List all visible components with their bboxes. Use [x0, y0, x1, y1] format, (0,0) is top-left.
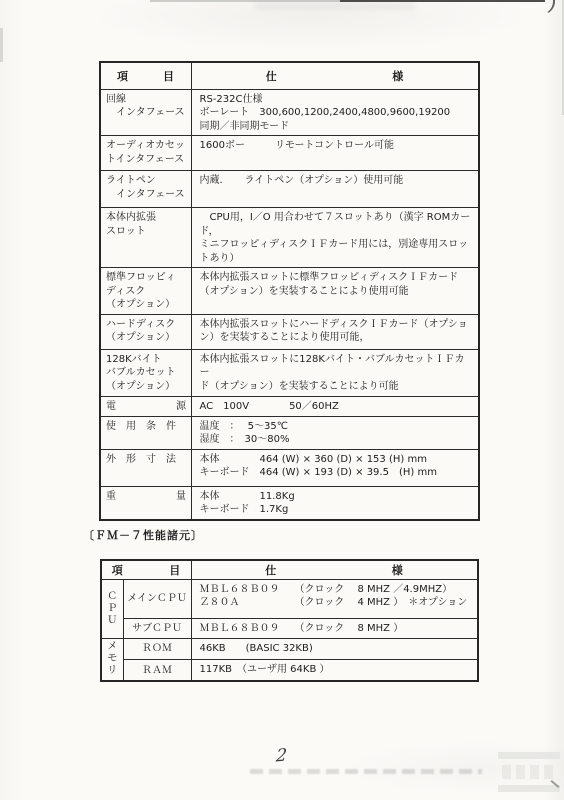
row-rom: メ モ リ ＲＯＭ 46KB (BASIC 32KB) — [101, 638, 478, 659]
spec-cell: 温度 ： 5～35℃ 湿度 ： 30～80% — [191, 416, 479, 449]
row-power: 電 源 AC 100V 50／60HZ — [100, 396, 479, 416]
row-line-interface: 回線 インタフェース RS-232C仕様 ボーレート 300,600,1200,… — [100, 89, 479, 136]
row-main-cpu: Ｃ Ｐ Ｕ メインＣＰＵ ＭＢＬ６８Ｂ０９ （クロック 8 MHZ ／4.9MH… — [101, 579, 478, 618]
column-header-item: 項 目 — [101, 560, 191, 579]
header-row: 項 目 仕 様 — [101, 560, 478, 579]
scan-artifact-faint-footer-text — [250, 769, 482, 774]
row-sub-cpu: サブＣＰＵ ＭＢＬ６８Ｂ０９ （クロック 8 MHZ ） — [101, 618, 478, 638]
scan-artifact-left-edge-mark — [0, 28, 3, 62]
column-header-spec: 仕 様 — [191, 560, 478, 579]
scanned-spec-page: 項 目 仕 様 回線 インタフェース RS-232C仕様 ボーレート 300,6… — [0, 0, 564, 800]
spec-cell: 本体内拡張スロットに128Kバイト・バブルカセットＩＦカー ド（オプション）を実… — [191, 349, 479, 396]
item-cell: 標準フロッピィ ディスク （オプション） — [100, 268, 191, 315]
row-light-pen-interface: ライトペン インタフェース 内蔵． ライトペン（オプション）使用可能 — [100, 171, 479, 208]
item-cell: オーディオカセッ トインタフェース — [100, 136, 191, 171]
item-cell: 回線 インタフェース — [100, 89, 191, 136]
scan-artifact-top-smudge — [255, 2, 415, 10]
column-header-spec: 仕 様 — [191, 62, 479, 89]
row-bubble-cassette-128k: 128Kバイト バブルカセット （オプション） 本体内拡張スロットに128Kバイ… — [100, 349, 479, 396]
scan-artifact-top-line-dark — [340, 0, 545, 2]
item-cell: ハードディスク （オプション） — [100, 314, 191, 349]
spec-cell: 内蔵． ライトペン（オプション）使用可能 — [191, 171, 479, 208]
spec-cell: 本体内拡張スロットに標準フロッピィディスクＩＦカード （オプション）を実装するこ… — [191, 268, 479, 315]
page-number: 2 — [275, 745, 288, 766]
item-cell: 128Kバイト バブルカセット （オプション） — [100, 349, 191, 396]
scan-artifact-top-line-faint — [150, 0, 350, 2]
item-cell: 本体内拡張 スロット — [100, 208, 191, 268]
row-operating-conditions: 使 用 条 件 温度 ： 5～35℃ 湿度 ： 30～80% — [100, 416, 479, 449]
column-header-item: 項 目 — [100, 62, 191, 89]
spec-cell: RS-232C仕様 ボーレート 300,600,1200,2400,4800,9… — [191, 89, 479, 136]
row-internal-expansion-slot: 本体内拡張 スロット CPU用，I／O 用合わせて７スロットあり（漢字 ROMカ… — [100, 208, 479, 268]
group-label-memory: メ モ リ — [101, 638, 123, 681]
spec-cell: 117KB （ユーザ用 64KB ） — [191, 659, 478, 681]
row-hard-disk: ハードディスク （オプション） 本体内拡張スロットにハードディスクＩＦカード（オ… — [100, 314, 479, 349]
spec-table-fm7-performance: 項 目 仕 様 Ｃ Ｐ Ｕ メインＣＰＵ ＭＢＬ６８Ｂ０９ （クロック 8 MH… — [100, 559, 479, 682]
row-weight: 重 量 本体 11.8Kg キーボード 1.7Kg — [100, 486, 479, 520]
scan-artifact-stamp — [498, 752, 560, 792]
row-audio-cassette-interface: オーディオカセッ トインタフェース 1600ボー リモートコントロール可能 — [100, 136, 479, 171]
header-row: 項 目 仕 様 — [100, 62, 479, 89]
item-cell: 重 量 — [100, 486, 191, 520]
spec-cell: 本体内拡張スロットにハードディスクＩＦカード（オプショ ン）を実装することにより… — [191, 314, 479, 349]
scan-artifact-top-right-hook — [536, 0, 555, 16]
item-cell: ＲＡＭ — [123, 659, 191, 681]
item-cell: サブＣＰＵ — [123, 618, 191, 638]
spec-cell: 46KB (BASIC 32KB) — [191, 638, 478, 659]
item-cell: 使 用 条 件 — [100, 416, 191, 449]
spec-cell: ＭＢＬ６８Ｂ０９ （クロック 8 MHZ ） — [191, 618, 478, 638]
spec-table-main: 項 目 仕 様 回線 インタフェース RS-232C仕様 ボーレート 300,6… — [99, 61, 480, 521]
spec-cell: 本体 464 (W) × 360 (D) × 153 (H) mm キーボード … — [191, 449, 479, 486]
item-cell: メインＣＰＵ — [123, 579, 191, 618]
spec-cell: AC 100V 50／60HZ — [191, 396, 479, 416]
section-title-fm7-performance: 〔ＦＭ－７性能諸元〕 — [83, 527, 203, 543]
item-cell: ライトペン インタフェース — [100, 171, 191, 208]
group-label-cpu: Ｃ Ｐ Ｕ — [101, 579, 123, 638]
item-cell: ＲＯＭ — [123, 638, 191, 659]
spec-cell: CPU用，I／O 用合わせて７スロットあり（漢字 ROMカード， ミニフロッピィ… — [191, 208, 479, 268]
row-ram: ＲＡＭ 117KB （ユーザ用 64KB ） — [101, 659, 478, 681]
row-standard-floppy-disk: 標準フロッピィ ディスク （オプション） 本体内拡張スロットに標準フロッピィディ… — [100, 268, 479, 315]
item-cell: 外 形 寸 法 — [100, 449, 191, 486]
spec-cell: 本体 11.8Kg キーボード 1.7Kg — [191, 486, 479, 520]
row-dimensions: 外 形 寸 法 本体 464 (W) × 360 (D) × 153 (H) m… — [100, 449, 479, 486]
scan-artifact-corner-mark — [551, 780, 560, 788]
spec-cell: 1600ボー リモートコントロール可能 — [191, 136, 479, 171]
item-cell: 電 源 — [100, 396, 191, 416]
spec-cell: ＭＢＬ６８Ｂ０９ （クロック 8 MHZ ／4.9MHZ） Ｚ８０Ａ （クロック… — [191, 579, 478, 618]
